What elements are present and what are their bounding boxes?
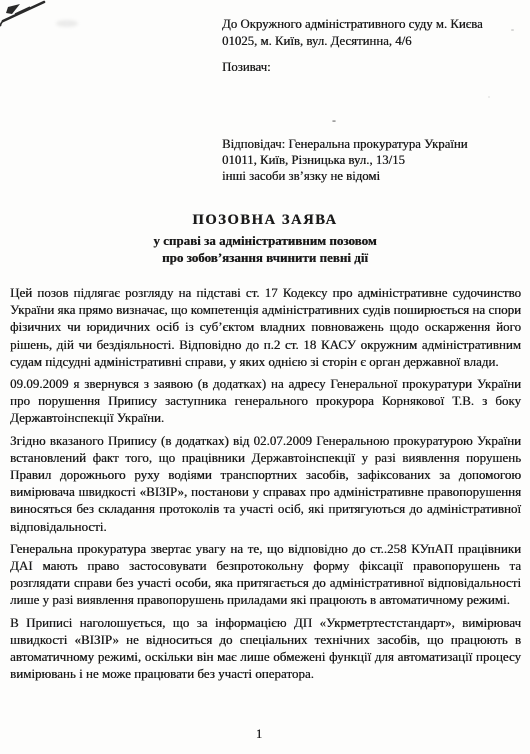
plaintiff-label: Позивач:	[222, 60, 271, 75]
scan-smudge	[56, 20, 78, 27]
respondent-address-line: 01011, Київ, Різницька вул., 13/15	[222, 152, 522, 168]
body-paragraph: 09.09.2009 я звернувся з заявою (в додат…	[10, 375, 521, 427]
addressee-block: До Окружного адміністративного суду м. К…	[222, 16, 522, 49]
document-title: ПОЗОВНА ЗАЯВА	[0, 212, 530, 229]
document-title-block: ПОЗОВНА ЗАЯВА у справі за адміністративн…	[0, 212, 530, 266]
body-paragraph: Згідно вказаного Припису (в додатках) ві…	[10, 432, 521, 535]
body-paragraph: В Приписі наголошується, що за інформаці…	[10, 614, 521, 683]
addressee-address-line: 01025, м. Київ, вул. Десятинна, 4/6	[222, 33, 522, 50]
addressee-court-line: До Окружного адміністративного суду м. К…	[222, 16, 522, 33]
document-subtitle-line2: про зобов’язання вчинити певні дії	[0, 249, 530, 266]
respondent-block: Відповідач: Генеральна прокуратура Украї…	[222, 136, 522, 184]
scanned-document-page: До Окружного адміністративного суду м. К…	[0, 0, 530, 754]
document-body: Цей позов підлягає розгляду на підставі …	[10, 284, 521, 687]
respondent-name-line: Відповідач: Генеральна прокуратура Украї…	[222, 136, 522, 152]
body-paragraph: Цей позов підлягає розгляду на підставі …	[10, 284, 521, 370]
body-paragraph: Генеральна прокуратура звертає увагу на …	[10, 540, 521, 609]
respondent-contact-line: інші засоби зв’язку не відомі	[222, 168, 522, 184]
document-subtitle-line1: у справі за адміністративним позовом	[0, 232, 530, 249]
page-number: 1	[0, 727, 518, 742]
redaction-dash: -	[332, 113, 337, 128]
scan-speck	[488, 96, 490, 98]
pen-mark-icon	[0, 0, 46, 30]
